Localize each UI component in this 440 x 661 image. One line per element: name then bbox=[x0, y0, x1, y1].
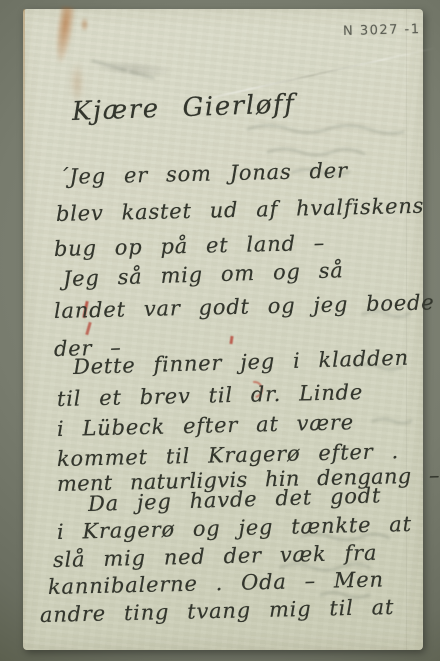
crease-line bbox=[406, 9, 407, 650]
letter-line: Jeg så mig om og så bbox=[63, 258, 344, 291]
photograph-of-letter: N 3027 -1 Kjære Gierløff ´Jeg er som Jon… bbox=[0, 0, 440, 661]
letter-line: kannibalerne . Oda – Men bbox=[48, 567, 384, 599]
pencil-smudge bbox=[95, 58, 176, 80]
letter-line: Dette finner jeg i kladden bbox=[73, 346, 410, 379]
letter-line: landet var godt og jeg boede bbox=[54, 290, 435, 323]
letter-salutation: Kjære Gierløff bbox=[71, 89, 295, 127]
letter-line: ´Jeg er som Jonas der bbox=[58, 158, 348, 189]
letter-line: til et brev til dr. Linde bbox=[57, 380, 364, 411]
letter-line: andre ting tvang mig til at bbox=[40, 595, 395, 627]
rust-stain bbox=[52, 6, 76, 64]
letter-line: slå mig ned der væk fra bbox=[53, 541, 378, 572]
letter-paper: N 3027 -1 Kjære Gierløff ´Jeg er som Jon… bbox=[23, 9, 423, 650]
rust-stain bbox=[80, 17, 89, 32]
letter-line: i Kragerø og jeg tænkte at bbox=[57, 512, 412, 544]
red-pencil-mark bbox=[229, 336, 233, 344]
red-pencil-mark bbox=[85, 322, 91, 335]
letter-line: bug op på et land – bbox=[54, 231, 326, 261]
letter-line: blev kastet ud af hvalfiskens bbox=[56, 194, 425, 226]
archive-number: N 3027 -1 bbox=[343, 22, 421, 39]
letter-line: i Lübeck efter at være bbox=[57, 410, 354, 441]
